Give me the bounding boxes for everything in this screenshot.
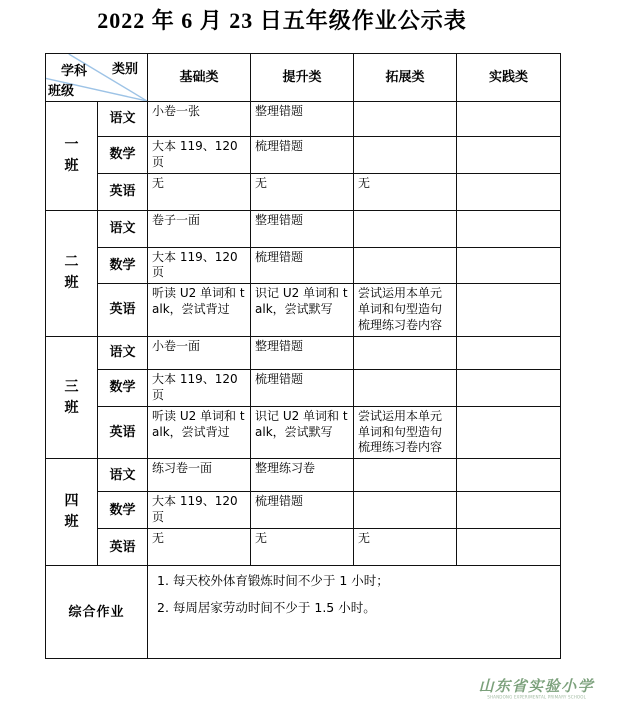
homework-cell: 梳理错题 — [251, 369, 354, 406]
homework-table: 学科 类别 班级 基础类 提升类 拓展类 实践类 一班 语文 小卷一张 整理错题… — [45, 53, 561, 659]
homework-cell: 小卷一面 — [148, 336, 251, 369]
homework-cell: 无 — [251, 529, 354, 566]
homework-cell: 整理错题 — [251, 102, 354, 137]
homework-cell: 梳理错题 — [251, 247, 354, 284]
class-label-2: 二班 — [46, 210, 98, 336]
homework-cell — [354, 210, 457, 247]
subject-label: 数学 — [98, 369, 148, 406]
summary-row: 综合作业 1. 每天校外体育锻炼时间不少于 1 小时； 2. 每周居家劳动时间不… — [46, 566, 561, 659]
subject-label: 数学 — [98, 137, 148, 174]
subject-label: 语文 — [98, 336, 148, 369]
summary-label: 综合作业 — [46, 566, 148, 659]
homework-cell: 梳理错题 — [251, 137, 354, 174]
homework-cell: 听读 U2 单词和 talk，尝试背过 — [148, 284, 251, 336]
table-row: 英语 无 无 无 — [46, 173, 561, 210]
homework-cell: 整理练习卷 — [251, 459, 354, 492]
homework-cell — [354, 137, 457, 174]
corner-label-subject: 学科 — [61, 63, 87, 80]
school-name-chinese: 山东省实验小学 — [464, 675, 609, 696]
homework-cell — [354, 369, 457, 406]
homework-cell — [457, 406, 561, 458]
school-name-english: SHANDONG EXPERIMENTAL PRIMARY SCHOOL — [487, 695, 586, 700]
corner-label-category: 类别 — [112, 61, 138, 78]
homework-cell: 尝试运用本单元单词和句型造句梳理练习卷内容 — [354, 406, 457, 458]
class-label-3: 三班 — [46, 336, 98, 458]
subject-label: 语文 — [98, 459, 148, 492]
column-header-practice: 实践类 — [457, 54, 561, 102]
subject-label: 数学 — [98, 247, 148, 284]
homework-cell: 整理错题 — [251, 336, 354, 369]
homework-cell — [354, 247, 457, 284]
homework-cell: 大本 119、120 页 — [148, 492, 251, 529]
homework-cell — [354, 102, 457, 137]
column-header-improve: 提升类 — [251, 54, 354, 102]
subject-label: 语文 — [98, 210, 148, 247]
homework-cell — [354, 459, 457, 492]
homework-cell: 无 — [251, 173, 354, 210]
homework-cell — [457, 102, 561, 137]
homework-cell — [457, 459, 561, 492]
subject-label: 英语 — [98, 284, 148, 336]
header-row: 学科 类别 班级 基础类 提升类 拓展类 实践类 — [46, 54, 561, 102]
homework-cell: 识记 U2 单词和 talk，尝试默写 — [251, 284, 354, 336]
table-row: 一班 语文 小卷一张 整理错题 — [46, 102, 561, 137]
class-label-4: 四班 — [46, 459, 98, 566]
corner-header-cell: 学科 类别 班级 — [46, 54, 148, 102]
homework-cell: 梳理错题 — [251, 492, 354, 529]
school-watermark: 山东省实验小学 SHANDONG EXPERIMENTAL PRIMARY SC… — [464, 675, 609, 702]
table-row: 三班 语文 小卷一面 整理错题 — [46, 336, 561, 369]
table-row: 英语 听读 U2 单词和 talk，尝试背过 识记 U2 单词和 talk，尝试… — [46, 284, 561, 336]
homework-cell: 整理错题 — [251, 210, 354, 247]
table-row: 数学 大本 119、120 页 梳理错题 — [46, 492, 561, 529]
subject-label: 英语 — [98, 173, 148, 210]
table-row: 数学 大本 119、120 页 梳理错题 — [46, 247, 561, 284]
subject-label: 语文 — [98, 102, 148, 137]
homework-cell — [457, 369, 561, 406]
column-header-basic: 基础类 — [148, 54, 251, 102]
homework-cell: 尝试运用本单元单词和句型造句梳理练习卷内容 — [354, 284, 457, 336]
homework-cell: 识记 U2 单词和 talk，尝试默写 — [251, 406, 354, 458]
homework-cell — [457, 247, 561, 284]
subject-label: 英语 — [98, 406, 148, 458]
table-row: 英语 听读 U2 单词和 talk，尝试背过 识记 U2 单词和 talk，尝试… — [46, 406, 561, 458]
subject-label: 数学 — [98, 492, 148, 529]
document-page: 2022 年 6 月 23 日五年级作业公示表 学科 类别 班级 基础类 提升类… — [0, 0, 622, 711]
homework-cell — [457, 336, 561, 369]
subject-label: 英语 — [98, 529, 148, 566]
homework-cell: 练习卷一面 — [148, 459, 251, 492]
homework-cell: 大本 119、120 页 — [148, 247, 251, 284]
homework-cell: 无 — [148, 529, 251, 566]
homework-cell: 卷子一面 — [148, 210, 251, 247]
homework-cell: 无 — [354, 529, 457, 566]
table-row: 英语 无 无 无 — [46, 529, 561, 566]
summary-item-2: 2. 每周居家劳动时间不少于 1.5 小时。 — [157, 600, 551, 617]
table-row: 四班 语文 练习卷一面 整理练习卷 — [46, 459, 561, 492]
homework-cell — [457, 137, 561, 174]
homework-cell — [457, 173, 561, 210]
class-label-1: 一班 — [46, 102, 98, 211]
page-title: 2022 年 6 月 23 日五年级作业公示表 — [0, 4, 622, 35]
table-row: 数学 大本 119、120 页 梳理错题 — [46, 137, 561, 174]
homework-cell: 大本 119、120 页 — [148, 137, 251, 174]
homework-cell: 听读 U2 单词和 talk，尝试背过 — [148, 406, 251, 458]
corner-label-class: 班级 — [48, 83, 74, 100]
summary-content: 1. 每天校外体育锻炼时间不少于 1 小时； 2. 每周居家劳动时间不少于 1.… — [148, 566, 561, 659]
summary-item-1: 1. 每天校外体育锻炼时间不少于 1 小时； — [157, 573, 551, 590]
homework-cell — [457, 492, 561, 529]
homework-cell — [457, 210, 561, 247]
homework-cell — [457, 529, 561, 566]
homework-cell: 无 — [354, 173, 457, 210]
table-row: 数学 大本 119、120 页 梳理错题 — [46, 369, 561, 406]
table-row: 二班 语文 卷子一面 整理错题 — [46, 210, 561, 247]
homework-cell: 无 — [148, 173, 251, 210]
column-header-expand: 拓展类 — [354, 54, 457, 102]
homework-cell: 小卷一张 — [148, 102, 251, 137]
homework-cell — [354, 336, 457, 369]
homework-cell: 大本 119、120 页 — [148, 369, 251, 406]
homework-cell — [354, 492, 457, 529]
homework-cell — [457, 284, 561, 336]
